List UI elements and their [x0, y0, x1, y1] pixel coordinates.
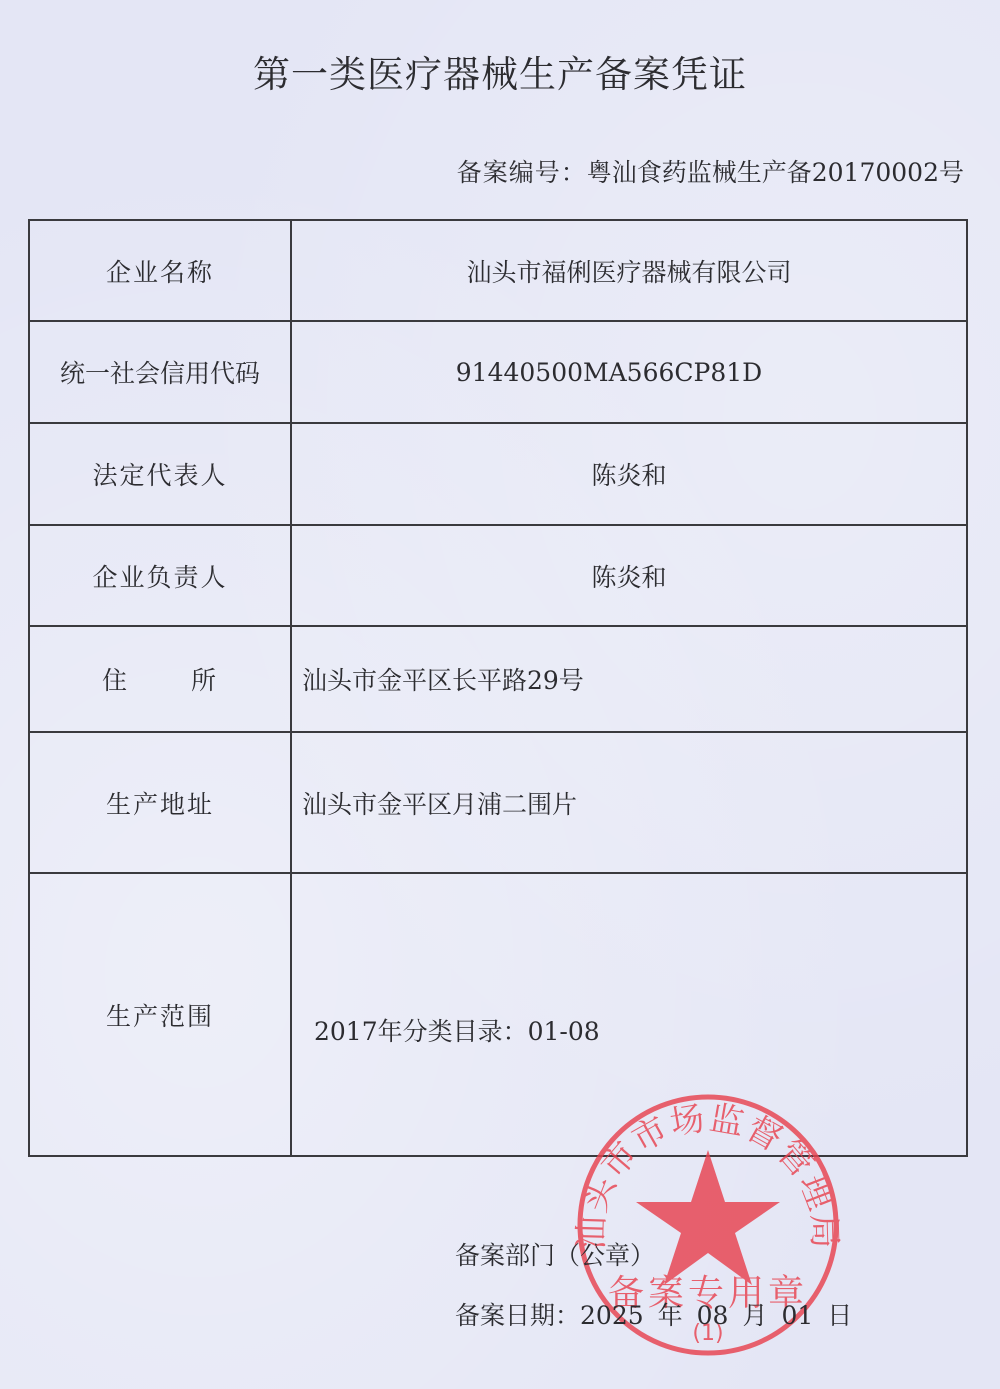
record-date-label: 备案日期：: [455, 1301, 580, 1330]
row-label: 生产范围: [29, 873, 291, 1156]
row-label: 住所: [29, 626, 291, 732]
table-row-enterprise-head: 企业负责人 陈炎和: [29, 525, 967, 626]
row-label-part: 住: [102, 666, 129, 695]
domicile-value: 汕头市金平区长平路29号: [291, 626, 967, 732]
credit-code-value: 91440500MA566CP81D: [291, 321, 967, 423]
table-row-legal-representative: 法定代表人 陈炎和: [29, 423, 967, 525]
table-row-production-address: 生产地址 汕头市金平区月浦二围片: [29, 732, 967, 873]
record-date-day: 01: [781, 1301, 813, 1330]
certificate-page: 第一类医疗器械生产备案凭证 备案编号：粤汕食药监械生产备20170002号 企业…: [0, 0, 1000, 1389]
record-number: 备案编号：粤汕食药监械生产备20170002号: [457, 153, 964, 189]
record-date: 备案日期：2025年08月01日: [455, 1296, 852, 1332]
record-department-label: 备案部门（公章）: [455, 1236, 655, 1272]
table-row-credit-code: 统一社会信用代码 91440500MA566CP81D: [29, 321, 967, 423]
record-date-year: 2025: [580, 1301, 644, 1330]
day-unit: 日: [827, 1301, 852, 1330]
document-title: 第一类医疗器械生产备案凭证: [0, 44, 1000, 98]
table-row-production-scope: 生产范围 2017年分类目录：01-08: [29, 873, 967, 1156]
enterprise-head-value: 陈炎和: [291, 525, 967, 626]
legal-representative-value: 陈炎和: [291, 423, 967, 525]
row-label: 企业名称: [29, 220, 291, 321]
year-unit: 年: [658, 1301, 683, 1330]
record-date-month: 08: [697, 1301, 729, 1330]
month-unit: 月: [742, 1301, 767, 1330]
info-table: 企业名称 汕头市福俐医疗器械有限公司 统一社会信用代码 91440500MA56…: [28, 219, 968, 1157]
row-label: 企业负责人: [29, 525, 291, 626]
production-address-value: 汕头市金平区月浦二围片: [291, 732, 967, 873]
table-row-domicile: 住所 汕头市金平区长平路29号: [29, 626, 967, 732]
record-number-value: 粤汕食药监械生产备20170002号: [587, 158, 964, 187]
table-row-company-name: 企业名称 汕头市福俐医疗器械有限公司: [29, 220, 967, 321]
row-label: 生产地址: [29, 732, 291, 873]
record-number-label: 备案编号：: [457, 158, 587, 187]
row-label: 统一社会信用代码: [29, 321, 291, 423]
row-label: 法定代表人: [29, 423, 291, 525]
production-scope-value: 2017年分类目录：01-08: [291, 873, 967, 1156]
company-name-value: 汕头市福俐医疗器械有限公司: [291, 220, 967, 321]
row-label-part: 所: [191, 666, 218, 695]
